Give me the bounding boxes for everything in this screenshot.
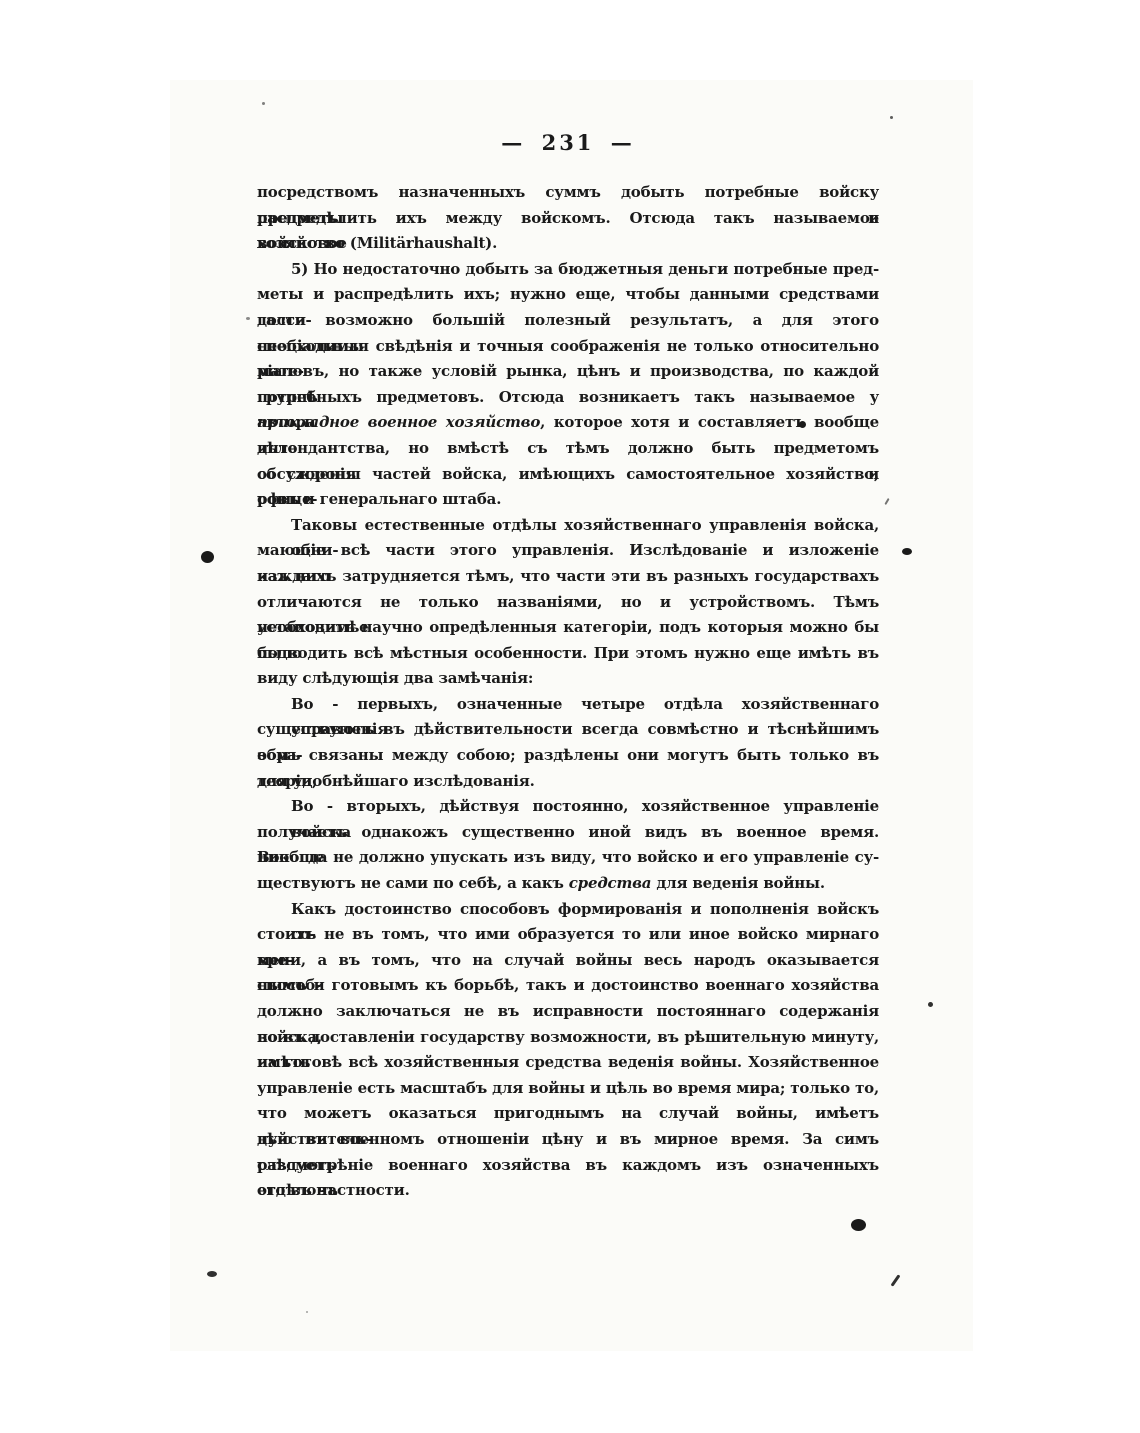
body-text: 5) Но недостаточно добыть за бюджетныя д…	[291, 260, 879, 278]
body-text: нымъ и готовымъ къ борьбѣ, такъ и достои…	[257, 976, 879, 994]
text-line: мени, а въ томъ, что на случай войны вес…	[257, 948, 879, 974]
text-line: со стороны частей войска, имѣющихъ самос…	[257, 462, 879, 488]
body-text: ществуютъ не сами по себѣ, а какъ	[257, 874, 569, 892]
text-line: Таковы естественные отдѣлы хозяйственнаг…	[257, 513, 879, 539]
body-text: виду слѣдующія два замѣчанія:	[257, 669, 533, 687]
text-line: ществуютъ не сами по себѣ, а какъ средст…	[257, 871, 879, 897]
text-line: его въ частности.	[257, 1178, 879, 1204]
text-line: спеціальныя свѣдѣнія и точныя соображені…	[257, 334, 879, 360]
body-text: его въ частности.	[257, 1181, 410, 1199]
body-text: для удобнѣйшаго изслѣдованія.	[257, 772, 535, 790]
paragraph: посредствомъ назначенныхъ суммъ добыть п…	[257, 180, 879, 257]
paragraph: Какъ достоинство способовъ формированія …	[257, 897, 879, 1204]
italic-text: средства	[569, 874, 652, 892]
text-line: что можетъ оказаться пригоднымъ на случа…	[257, 1101, 879, 1127]
text-line: ную въ военномъ отношеніи цѣну и въ мирн…	[257, 1127, 879, 1153]
paragraph: Во - вторыхъ, дѣйствуя постоянно, хозяйс…	[257, 794, 879, 896]
text-line: потребныхъ предметовъ. Отсюда возникаетъ…	[257, 385, 879, 411]
text-line: установить научно опредѣленныя категоріи…	[257, 615, 879, 641]
text-line: должно заключаться не въ исправности пос…	[257, 999, 879, 1025]
text-line: ровъ и генеральнаго штаба.	[257, 487, 879, 513]
body-text: изъ нихъ затрудняется тѣмъ, что части эт…	[257, 567, 879, 585]
body-text: никогда не должно упускать изъ виду, что…	[257, 848, 879, 866]
text-line: для удобнѣйшаго изслѣдованія.	[257, 769, 879, 795]
body-text: подводить всѣ мѣстныя особенности. При э…	[257, 644, 879, 662]
page-number: — 231 —	[257, 130, 879, 155]
text-line: никогда не должно упускать изъ виду, что…	[257, 845, 879, 871]
text-line: отличаются не только названіями, но и ус…	[257, 590, 879, 616]
text-line: на готовѣ всѣ хозяйственныя средства вед…	[257, 1050, 879, 1076]
text-line: виду слѣдующія два замѣчанія:	[257, 666, 879, 692]
text-line: подводить всѣ мѣстныя особенности. При э…	[257, 641, 879, 667]
text-line: мающіе всѣ части этого управленія. Изслѣ…	[257, 538, 879, 564]
italic-text: прикладное военное хозяйство	[257, 413, 540, 431]
text-line: интендантства, но вмѣстѣ съ тѣмъ должно …	[257, 436, 879, 462]
text-line: Какъ достоинство способовъ формированія …	[257, 897, 879, 923]
body-text: на готовѣ всѣ хозяйственныя средства вед…	[257, 1053, 879, 1071]
text-line: получаетъ однакожъ существенно иной видъ…	[257, 820, 879, 846]
text-line: 5) Но недостаточно добыть за бюджетныя д…	[257, 257, 879, 283]
paragraph: 5) Но недостаточно добыть за бюджетныя д…	[257, 257, 879, 513]
text-line: хозяйство (Militärhaushalt).	[257, 231, 879, 257]
body-text: хозяйство (Militärhaushalt).	[257, 234, 497, 252]
text-line: прикладное военное хозяйство, которое хо…	[257, 410, 879, 436]
paragraph: Таковы естественные отдѣлы хозяйственнаг…	[257, 513, 879, 692]
text-line: меты и распредѣлить ихъ; нужно еще, чтоб…	[257, 282, 879, 308]
body-text: для веденія войны.	[651, 874, 825, 892]
body-text: ровъ и генеральнаго штаба.	[257, 490, 501, 508]
text-line: изъ нихъ затрудняется тѣмъ, что части эт…	[257, 564, 879, 590]
text-line: зомъ связаны между собою; раздѣлены они …	[257, 743, 879, 769]
text-line: но въ доставленіи государству возможност…	[257, 1025, 879, 1051]
text-line: гался возможно большій полезный результа…	[257, 308, 879, 334]
text-line: стоитъ не въ томъ, что ими образуется то…	[257, 922, 879, 948]
text-line: распредѣлить ихъ между войскомъ. Отсюда …	[257, 206, 879, 232]
text-line: управленіе есть масштабъ для войны и цѣл…	[257, 1076, 879, 1102]
text-line: Во - первыхъ, означенные четыре отдѣла х…	[257, 692, 879, 718]
scanned-page: — 231 — посредствомъ назначенныхъ суммъ …	[170, 80, 973, 1351]
text-line: Во - вторыхъ, дѣйствуя постоянно, хозяйс…	[257, 794, 879, 820]
text-line: ріаловъ, но также условій рынка, цѣнъ и …	[257, 359, 879, 385]
text-line: существуютъ въ дѣйствительности всегда с…	[257, 717, 879, 743]
text-line: посредствомъ назначенныхъ суммъ добыть п…	[257, 180, 879, 206]
text-line: разсмотрѣніе военнаго хозяйства въ каждо…	[257, 1153, 879, 1179]
text-line: нымъ и готовымъ къ борьбѣ, такъ и достои…	[257, 973, 879, 999]
body-text: управленіе есть масштабъ для войны и цѣл…	[257, 1079, 879, 1097]
text-block: посредствомъ назначенныхъ суммъ добыть п…	[257, 180, 879, 1204]
paragraph: Во - первыхъ, означенные четыре отдѣла х…	[257, 692, 879, 794]
